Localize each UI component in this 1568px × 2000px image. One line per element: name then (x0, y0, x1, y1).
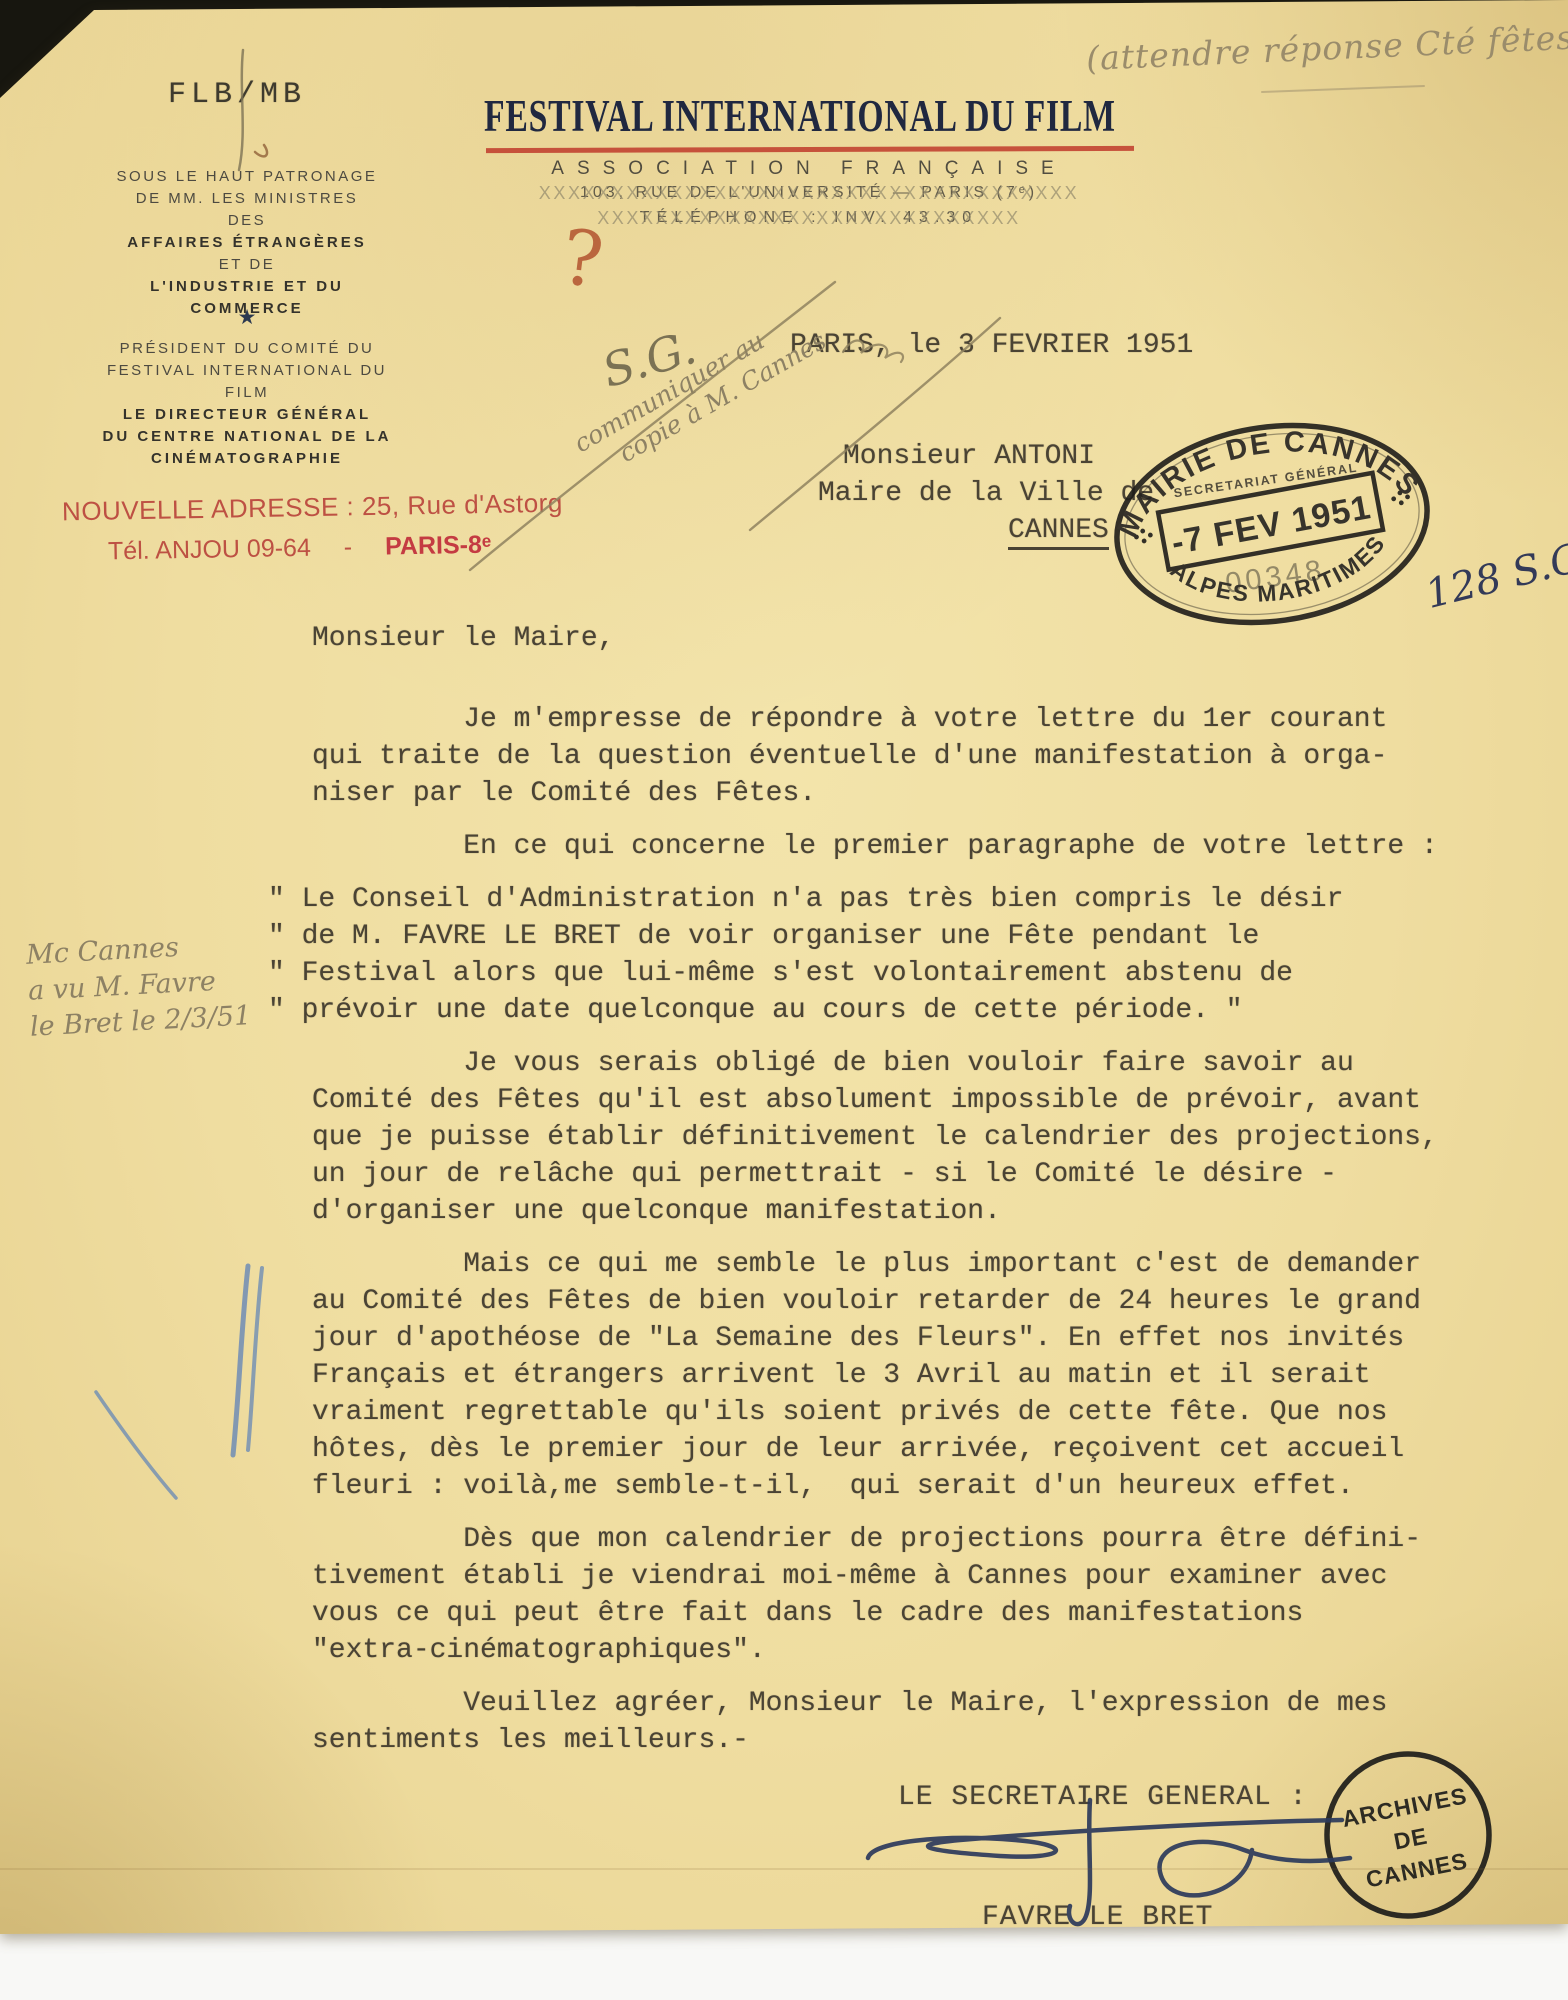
old-address-line: 103, RUE DE L'UNIVERSITÉ — PARIS (7ᵉ) XX… (484, 184, 1134, 202)
paragraph: Dès que mon calendrier de projections po… (312, 1521, 1512, 1669)
old-address-strikeover: XXXXXXXXXXXXXXXXXXXXXXXXXXXXXXXXXXXXX (484, 183, 1134, 202)
annotation-route-note: communiquer au copie à M. Cannes (569, 298, 832, 486)
masthead-subtitle: ASSOCIATION FRANÇAISE (484, 158, 1134, 180)
paragraph: Mais ce qui me semble le plus important … (312, 1246, 1512, 1505)
new-address-stamp-line1: NOUVELLE ADRESSE : 25, Rue d'Astorg (62, 488, 563, 528)
president-block: PRÉSIDENT DU COMITÉ DU FESTIVAL INTERNAT… (92, 338, 402, 470)
blue-pencil-mark-3 (96, 1392, 176, 1498)
salutation: Monsieur le Maire, (312, 620, 1512, 657)
paper-fold-line (0, 1868, 1568, 1870)
annotation-margin-note: Mc Cannes a vu M. Favre le Bret le 2/3/5… (25, 926, 252, 1045)
paragraph: Je m'empresse de répondre à votre lettre… (312, 701, 1512, 812)
pencil-note-underline (1262, 86, 1424, 92)
patronage-line-ministry: AFFAIRES ÉTRANGÈRES (92, 232, 402, 254)
signature-role: LE SECRETAIRE GENERAL : (898, 1782, 1307, 1813)
rust-curl-mark (255, 145, 267, 156)
patronage-block: SOUS LE HAUT PATRONAGE DE MM. LES MINIST… (92, 166, 402, 320)
new-address-city: PARIS-8ᵉ (385, 531, 492, 561)
new-address-tel: Tél. ANJOU 09-64 (108, 534, 311, 566)
recipient-city: CANNES (1008, 512, 1109, 549)
masthead: FESTIVAL INTERNATIONAL DU FILM (484, 90, 1139, 142)
president-line: FESTIVAL INTERNATIONAL DU FILM (92, 360, 402, 404)
patronage-line: ET DE (92, 254, 402, 276)
annotation-top-right: (attendre réponse Cté fêtes) (1085, 17, 1568, 78)
patronage-line: SOUS LE HAUT PATRONAGE (92, 166, 402, 188)
star-icon: ★ (92, 305, 402, 330)
president-line: LE DIRECTEUR GÉNÉRAL (92, 404, 402, 426)
date-line: PARIS, le 3 FEVRIER 1951 (790, 330, 1193, 361)
patronage-line: DE MM. LES MINISTRES (92, 188, 402, 210)
paper-wrap: FLB/MB SOUS LE HAUT PATRONAGE DE MM. LES… (0, 0, 1568, 2000)
closing-paragraph: Veuillez agréer, Monsieur le Maire, l'ex… (312, 1685, 1512, 1759)
letter-paper: FLB/MB SOUS LE HAUT PATRONAGE DE MM. LES… (0, 0, 1568, 2000)
signature-stroke-main (868, 1820, 1342, 1858)
recipient-city-text: CANNES (1008, 515, 1109, 550)
president-line: PRÉSIDENT DU COMITÉ DU (92, 338, 402, 360)
masthead-red-rule (486, 146, 1134, 153)
president-line: DU CENTRE NATIONAL DE LA (92, 426, 402, 448)
president-line: CINÉMATOGRAPHIE (92, 448, 402, 470)
paragraph: En ce qui concerne le premier paragraphe… (312, 828, 1512, 865)
new-address-separator: - (344, 533, 353, 561)
letter-body: Monsieur le Maire, Je m'empresse de répo… (312, 620, 1512, 1759)
patronage-line: DES (92, 210, 402, 232)
scanned-letter: FLB/MB SOUS LE HAUT PATRONAGE DE MM. LES… (0, 0, 1568, 2000)
new-address-stamp-line2: Tél. ANJOU 09-64 - PARIS-8ᵉ (108, 531, 492, 567)
paragraph: Je vous serais obligé de bien vouloir fa… (312, 1045, 1512, 1230)
masthead-title: FESTIVAL INTERNATIONAL DU FILM (484, 90, 1116, 142)
archive-stamp-line1: ARCHIVES (1340, 1782, 1469, 1832)
quoted-paragraph: " Le Conseil d'Administration n'a pas tr… (268, 881, 1512, 1029)
signature-name: FAVRE LE BRET (982, 1902, 1213, 1933)
recipient-name: Monsieur ANTONI (843, 438, 1095, 475)
received-stamp-mairie-de-cannes: MAIRIE DE CANNES ALPES MARITIMES SECRETA… (1091, 396, 1453, 653)
blue-pencil-mark-1 (233, 1266, 248, 1455)
archive-stamp: ARCHIVES DE CANNES (1309, 1736, 1507, 1934)
blue-pencil-mark-2 (248, 1268, 262, 1450)
archive-stamp-line2: DE (1392, 1823, 1430, 1855)
typist-reference: FLB/MB (168, 78, 306, 112)
